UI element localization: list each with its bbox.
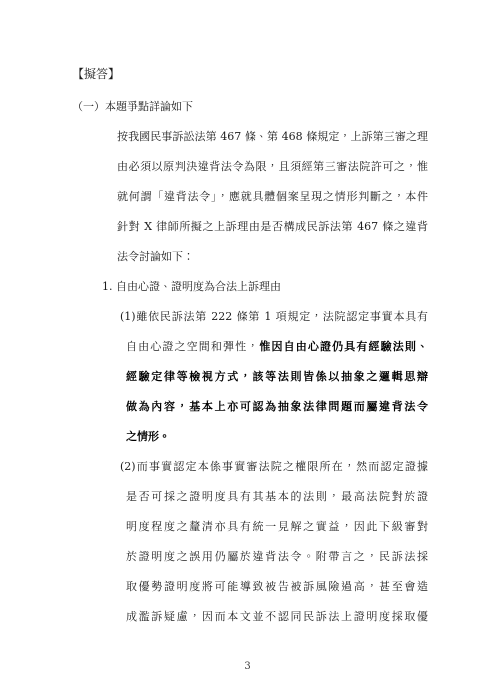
subitem-line: 自由心證之空間和彈性，惟因自由心證仍具有經驗法則、 <box>126 332 428 362</box>
subitem-line: (2)而事實認定本係事實審法院之權限所在，然而認定證據 <box>120 452 428 482</box>
footer-page-number: 3 <box>0 660 495 674</box>
paragraph-line: 就何謂「違背法令」，應就具體個案呈現之情形判斷之，本件 <box>117 182 428 212</box>
section-heading: （一）本題爭點詳論如下 <box>72 92 495 122</box>
subitem-line: 之情形。 <box>126 422 428 452</box>
text-run: 而事實認定本係事實審法院之權限所在，然而認定證據 <box>136 460 428 473</box>
text-run: 按我國民事訴訟法第 467 條、第 468 條規定，上訴第三審之理 <box>117 130 428 143</box>
subitem-line: 經驗定律等檢視方式，該等法則皆係以抽象之邏輯思辯 <box>126 362 428 392</box>
paragraph-line: 針對 X 律師所擬之上訴理由是否構成民訴法第 467 條之違背 <box>117 212 428 242</box>
text-run: 自由心證之空間和彈性， <box>126 340 259 353</box>
subitem-line: 於證明度之誤用仍屬於違背法令。附帶言之，民訴法採 <box>126 542 428 572</box>
document-page: 【擬答】 （一）本題爭點詳論如下按我國民事訴訟法第 467 條、第 468 條規… <box>0 0 495 700</box>
section-heading-text: 本題爭點詳論如下 <box>105 100 193 113</box>
text-run: 由必須以原判決違背法令為限，且須經第三審法院許可之，惟 <box>117 160 428 173</box>
subitem-line: 成濫訴疑慮，因而本文並不認同民訴法上證明度採取優 <box>126 602 428 632</box>
text-run: 之情形。 <box>126 430 170 443</box>
text-run: 惟因自由心證仍具有經驗法則、 <box>259 340 428 353</box>
section-marker: （一） <box>72 100 105 113</box>
subitem-line: 做為內容，基本上亦可認為抽象法律問題而屬違背法令 <box>126 392 428 422</box>
text-run: 成濫訴疑慮，因而本文並不認同民訴法上證明度採取優 <box>126 610 428 623</box>
page-title: 【擬答】 <box>72 59 495 89</box>
text-run: 法令討論如下： <box>117 250 194 263</box>
subitem-line: 是否可採之證明度具有其基本的法則，最高法院對於證 <box>126 482 428 512</box>
text-run: 於證明度之誤用仍屬於違背法令。附帶言之，民訴法採 <box>126 550 428 563</box>
text-run: 雖依民訴法第 222 條第 1 項規定，法院認定事實本具有 <box>136 310 428 323</box>
subitem-marker: (2) <box>120 460 136 473</box>
list-item-heading-text: 自由心證、證明度為合法上訴理由 <box>116 280 281 293</box>
document-content: 【擬答】 （一）本題爭點詳論如下按我國民事訴訟法第 467 條、第 468 條規… <box>0 0 495 632</box>
paragraph-line: 由必須以原判決違背法令為限，且須經第三審法院許可之，惟 <box>117 152 428 182</box>
text-run: 明度程度之釐清亦具有統一見解之實益，因此下級審對 <box>126 520 428 533</box>
subitem-line: 取優勢證明度將可能導致被告被訴風險過高，甚至會造 <box>126 572 428 602</box>
text-run: 是否可採之證明度具有其基本的法則，最高法院對於證 <box>126 490 428 503</box>
paragraph-line: 法令討論如下： <box>117 242 428 272</box>
text-run: 就何謂「違背法令」，應就具體個案呈現之情形判斷之，本件 <box>117 190 428 203</box>
list-item-heading: 1. 自由心證、證明度為合法上訴理由 <box>102 272 495 302</box>
paragraph-line: 按我國民事訴訟法第 467 條、第 468 條規定，上訴第三審之理 <box>117 122 428 152</box>
subitem-marker: (1) <box>120 310 136 323</box>
subitem-line: 明度程度之釐清亦具有統一見解之實益，因此下級審對 <box>126 512 428 542</box>
text-run: 做為內容，基本上亦可認為抽象法律問題而屬違背法令 <box>126 400 428 413</box>
text-run: 取優勢證明度將可能導致被告被訴風險過高，甚至會造 <box>126 580 428 593</box>
subitem-line: (1)雖依民訴法第 222 條第 1 項規定，法院認定事實本具有 <box>120 302 428 332</box>
list-item-marker: 1. <box>102 280 116 293</box>
text-run: 經驗定律等檢視方式，該等法則皆係以抽象之邏輯思辯 <box>126 370 428 383</box>
text-run: 針對 X 律師所擬之上訴理由是否構成民訴法第 467 條之違背 <box>117 220 428 233</box>
